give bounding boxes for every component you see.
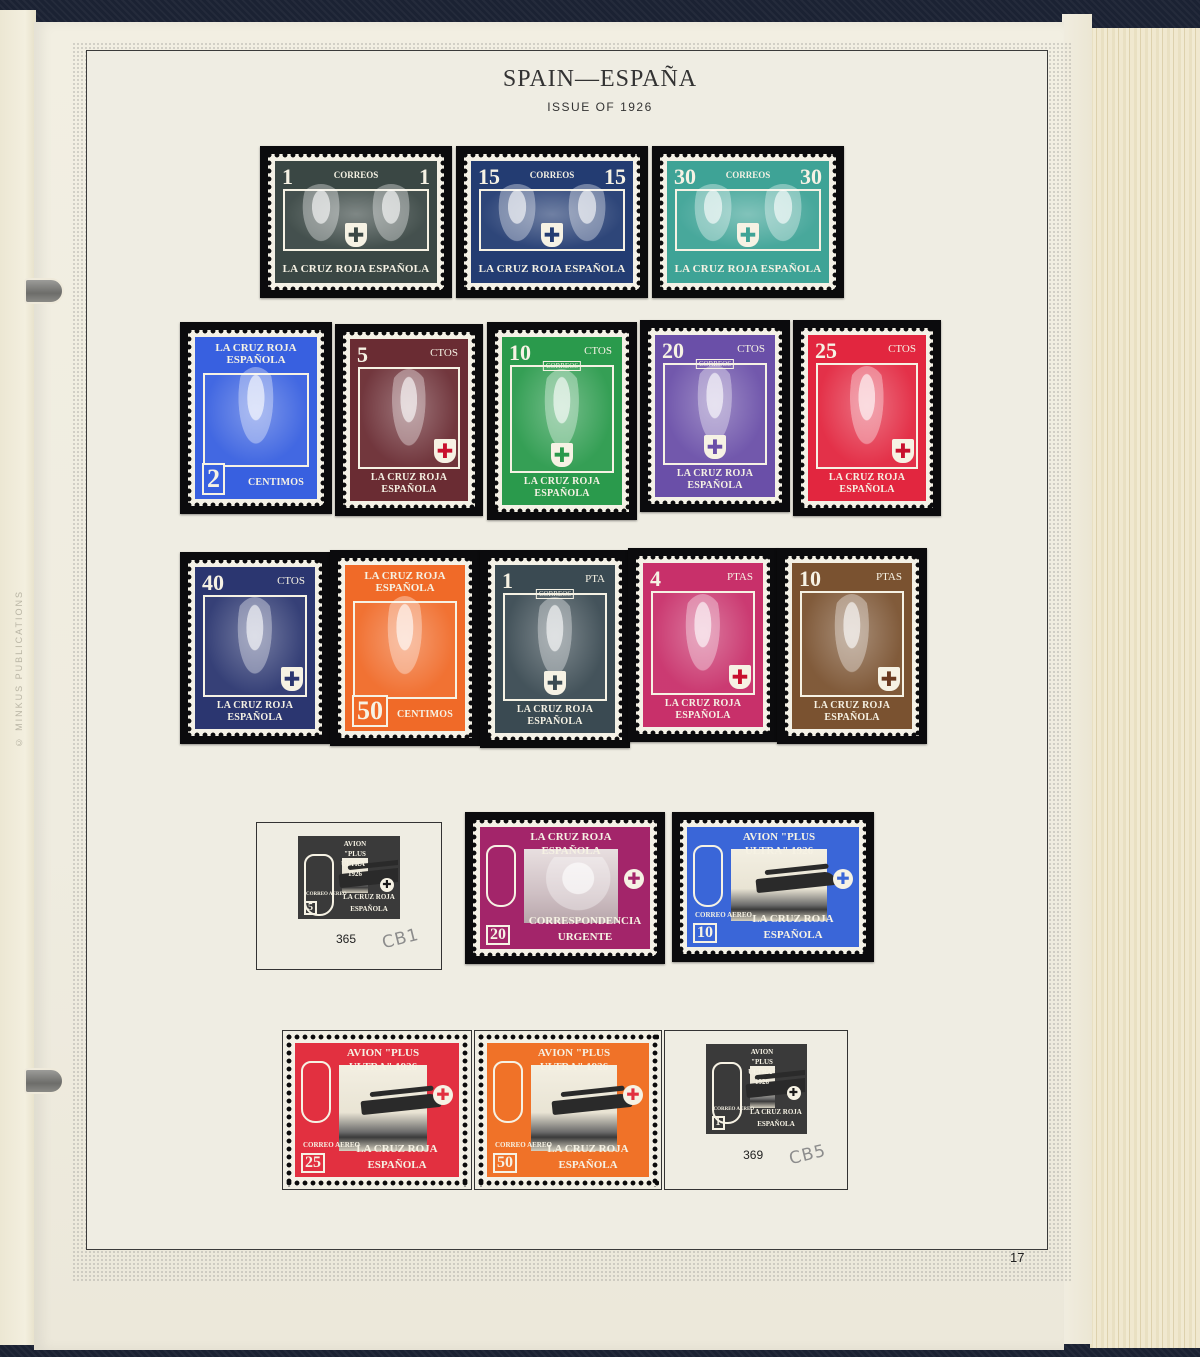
red-cross-shield-icon: ✚ [434, 439, 456, 463]
stamp-caption: LA CRUZ ROJA ESPAÑOLA [504, 476, 620, 500]
stamp-header: LA CRUZ ROJA ESPAÑOLA [347, 570, 463, 594]
stamp[interactable]: ✚5CTOSLA CRUZ ROJA ESPAÑOLA [343, 332, 475, 508]
airmail-label: CORREO AEREO [695, 911, 752, 919]
correos-label: CORREOS [543, 361, 581, 371]
coat-of-arms-icon [486, 845, 516, 907]
stamp-design: ✚20CTOSCORREOSLA CRUZ ROJA ESPAÑOLA [655, 335, 775, 497]
red-cross-icon: ✚ [787, 1086, 801, 1100]
page-number: 17 [1010, 1250, 1024, 1265]
stamp[interactable]: ✚10CTOSCORREOSLA CRUZ ROJA ESPAÑOLA [495, 330, 629, 512]
stamp-design: ✚10PTASLA CRUZ ROJA ESPAÑOLA [792, 563, 912, 729]
portrait-left [685, 184, 742, 260]
stamp-illustration[interactable]: ✚AVION "PLUS ULTRA" 1926LA CRUZ ROJA ESP… [706, 1044, 807, 1134]
stamp-design: ✚3030CORREOSLA CRUZ ROJA ESPAÑOLA [667, 161, 829, 283]
red-cross-shield-icon: ✚ [551, 443, 573, 467]
stamp-design: LA CRUZ ROJA ESPAÑOLA2CENTIMOS [195, 337, 317, 499]
stamp-header: CORREOS [277, 169, 435, 181]
stamp-header: AVION "PLUS ULTRA" 1926 [337, 1046, 429, 1074]
airmail-label: CORREO AEREO [303, 1141, 360, 1149]
stamp-value: 25 [301, 1153, 325, 1173]
stamp-design: ✚AVION "PLUS ULTRA" 1926LA CRUZ ROJA ESP… [487, 1043, 649, 1177]
stamp-value: 2 [202, 463, 225, 495]
portrait [825, 594, 878, 698]
stamp-value: 50 [352, 695, 388, 727]
stamp-value: 5 [304, 901, 317, 915]
red-cross-icon: ✚ [380, 878, 394, 892]
stamp-caption: LA CRUZ ROJA ESPAÑOLA [352, 472, 466, 496]
portrait-right [558, 184, 615, 260]
catalog-number: 369 [743, 1148, 763, 1162]
stamp-unit: PTAS [876, 571, 902, 583]
stamp-caption: LA CRUZ ROJA ESPAÑOLA [497, 704, 613, 728]
stamp[interactable]: ✚3030CORREOSLA CRUZ ROJA ESPAÑOLA [660, 154, 836, 290]
stamp-design: ✚11CORREOSLA CRUZ ROJA ESPAÑOLA [275, 161, 437, 283]
stamp-caption: LA CRUZ ROJA ESPAÑOLA [473, 263, 631, 275]
stamp-design: ✚1515CORREOSLA CRUZ ROJA ESPAÑOLA [471, 161, 633, 283]
page-stack [1090, 28, 1200, 1348]
red-cross-shield-icon: ✚ [544, 671, 566, 695]
stamp[interactable]: ✚1PTACORREOSLA CRUZ ROJA ESPAÑOLA [488, 558, 622, 740]
margin-imprint: © MINKUS PUBLICATIONS [14, 590, 24, 747]
stamp-caption: CENTIMOS [237, 477, 315, 489]
stamp-unit: CTOS [737, 343, 765, 355]
portrait-left [293, 184, 350, 260]
stamp-header: CORREOS [669, 169, 827, 181]
stamp[interactable]: ✚AVION "PLUS ULTRA" 1926LA CRUZ ROJA ESP… [288, 1036, 466, 1184]
stamp-design: ✚1PTACORREOSLA CRUZ ROJA ESPAÑOLA [495, 565, 615, 733]
stamp-caption: LA CRUZ ROJA ESPAÑOLA [794, 700, 910, 724]
coat-of-arms-icon [493, 1061, 523, 1123]
portrait-right [362, 184, 419, 260]
red-cross-shield-icon: ✚ [704, 435, 726, 459]
correos-label: CORREOS [696, 359, 734, 369]
catalog-number: 365 [336, 932, 356, 946]
coat-of-arms-icon [712, 1062, 742, 1124]
stamp-design: ✚40CTOSLA CRUZ ROJA ESPAÑOLA [195, 567, 315, 729]
red-cross-shield-icon: ✚ [878, 667, 900, 691]
stamp-value: 10 [799, 567, 821, 591]
portrait [228, 597, 281, 698]
binder-ring-bottom [24, 1068, 64, 1094]
stamp-unit: CTOS [277, 575, 305, 587]
stamp-design: ✚AVION "PLUS ULTRA" 1926LA CRUZ ROJA ESP… [298, 836, 400, 919]
stamp-caption: LA CRUZ ROJA ESPAÑOLA [810, 472, 924, 496]
red-cross-shield-icon: ✚ [737, 223, 759, 247]
stamp-unit: CTOS [888, 343, 916, 355]
stamp-value: 40 [202, 571, 224, 595]
stamp-header: AVION "PLUS ULTRA" 1926 [748, 1047, 777, 1087]
binder-ring-top [24, 278, 64, 304]
stamp[interactable]: LA CRUZ ROJA ESPAÑOLA50CENTIMOS [338, 558, 472, 738]
stamp-design: ✚25CTOSLA CRUZ ROJA ESPAÑOLA [808, 335, 926, 501]
portrait [383, 369, 435, 470]
red-cross-icon: ✚ [833, 869, 853, 889]
page-subtitle: ISSUE OF 1926 [0, 100, 1200, 114]
stamp[interactable]: LA CRUZ ROJA ESPAÑOLA2CENTIMOS [188, 330, 324, 506]
stamp-header: AVION "PLUS ULTRA" 1926 [729, 830, 829, 858]
stamp-value: 1 [502, 569, 513, 593]
stamp-header: LA CRUZ ROJA ESPAÑOLA [197, 342, 315, 366]
stamp-value: 10 [693, 923, 717, 943]
red-cross-icon: ✚ [623, 1085, 643, 1105]
stamp-value: 20 [486, 925, 510, 945]
red-cross-icon: ✚ [433, 1085, 453, 1105]
red-cross-shield-icon: ✚ [729, 665, 751, 689]
portrait-left [489, 184, 546, 260]
stamp[interactable]: ✚AVION "PLUS ULTRA" 1926LA CRUZ ROJA ESP… [680, 820, 866, 954]
stamp-design: ✚AVION "PLUS ULTRA" 1926LA CRUZ ROJA ESP… [706, 1044, 807, 1134]
stamp-design: ✚LA CRUZ ROJA ESPAÑOLACORRESPONDENCIA UR… [480, 827, 650, 949]
correos-label: CORREOS [536, 589, 574, 599]
red-cross-shield-icon: ✚ [892, 439, 914, 463]
stamp[interactable]: ✚LA CRUZ ROJA ESPAÑOLACORRESPONDENCIA UR… [473, 820, 657, 956]
stamp-caption: LA CRUZ ROJA ESPAÑOLA [748, 1106, 805, 1130]
stamp-design: ✚5CTOSLA CRUZ ROJA ESPAÑOLA [350, 339, 468, 501]
stamp-unit: PTAS [727, 571, 753, 583]
portrait [676, 594, 729, 696]
red-cross-shield-icon: ✚ [345, 223, 367, 247]
airmail-label: CORREO AEREO [495, 1141, 552, 1149]
stamp-value: 20 [662, 339, 684, 363]
stamp-design: ✚AVION "PLUS ULTRA" 1926LA CRUZ ROJA ESP… [687, 827, 859, 947]
stamp-header: CORREOS [473, 169, 631, 181]
airmail-label: CORREO AEREO [306, 891, 347, 899]
stamp-design: ✚10CTOSCORREOSLA CRUZ ROJA ESPAÑOLA [502, 337, 622, 505]
stamp-design: ✚AVION "PLUS ULTRA" 1926LA CRUZ ROJA ESP… [295, 1043, 459, 1177]
red-cross-shield-icon: ✚ [541, 223, 563, 247]
stamp-unit: CTOS [584, 345, 612, 357]
red-cross-icon: ✚ [624, 869, 644, 889]
stamp-unit: PTA [585, 573, 605, 585]
stamp-header: LA CRUZ ROJA ESPAÑOLA [522, 830, 620, 858]
stamp[interactable]: ✚11CORREOSLA CRUZ ROJA ESPAÑOLA [268, 154, 444, 290]
stamp-value: 4 [650, 567, 661, 591]
stamp-caption: LA CRUZ ROJA ESPAÑOLA [645, 698, 761, 722]
stamp[interactable]: ✚1515CORREOSLA CRUZ ROJA ESPAÑOLA [464, 154, 640, 290]
stamp-caption: CENTIMOS [387, 709, 463, 721]
portrait [841, 366, 893, 470]
stamp-value: 10 [509, 341, 531, 365]
stamp[interactable]: ✚4PTASLA CRUZ ROJA ESPAÑOLA [636, 556, 770, 734]
airmail-label: CORREO AEREO [714, 1106, 755, 1114]
stamp[interactable]: ✚40CTOSLA CRUZ ROJA ESPAÑOLA [188, 560, 322, 736]
portrait-right [754, 184, 811, 260]
stamp-header: AVION "PLUS ULTRA" 1926 [529, 1046, 619, 1074]
red-cross-shield-icon: ✚ [281, 667, 303, 691]
stamp[interactable]: ✚20CTOSCORREOSLA CRUZ ROJA ESPAÑOLA [648, 328, 782, 504]
stamp-unit: CTOS [430, 347, 458, 359]
stamp-design: ✚4PTASLA CRUZ ROJA ESPAÑOLA [643, 563, 763, 727]
coat-of-arms-icon [301, 1061, 331, 1123]
stamp-value: 5 [357, 343, 368, 367]
stamp[interactable]: ✚10PTASLA CRUZ ROJA ESPAÑOLA [785, 556, 919, 736]
stamp-value: 25 [815, 339, 837, 363]
stamp-header: AVION "PLUS ULTRA" 1926 [340, 839, 370, 879]
stamp-caption: LA CRUZ ROJA ESPAÑOLA [669, 263, 827, 275]
stamp-illustration[interactable]: ✚AVION "PLUS ULTRA" 1926LA CRUZ ROJA ESP… [298, 836, 400, 919]
stamp-caption: LA CRUZ ROJA ESPAÑOLA [340, 891, 398, 915]
stamp-value: 50 [493, 1153, 517, 1173]
stamp[interactable]: ✚AVION "PLUS ULTRA" 1926LA CRUZ ROJA ESP… [480, 1036, 656, 1184]
stamp-design: LA CRUZ ROJA ESPAÑOLA50CENTIMOS [345, 565, 465, 731]
stamp-caption: LA CRUZ ROJA ESPAÑOLA [657, 468, 773, 492]
stamp-value: 1 [712, 1116, 725, 1130]
stamp-caption: LA CRUZ ROJA ESPAÑOLA [197, 700, 313, 724]
portrait [229, 367, 283, 468]
page-title: SPAIN—ESPAÑA [0, 66, 1200, 93]
stamp[interactable]: ✚25CTOSLA CRUZ ROJA ESPAÑOLA [801, 328, 933, 508]
coat-of-arms-icon [693, 845, 723, 907]
portrait [378, 596, 431, 700]
stamp-caption: CORRESPONDENCIA URGENTE [522, 913, 648, 945]
stamp-caption: LA CRUZ ROJA ESPAÑOLA [277, 263, 435, 275]
